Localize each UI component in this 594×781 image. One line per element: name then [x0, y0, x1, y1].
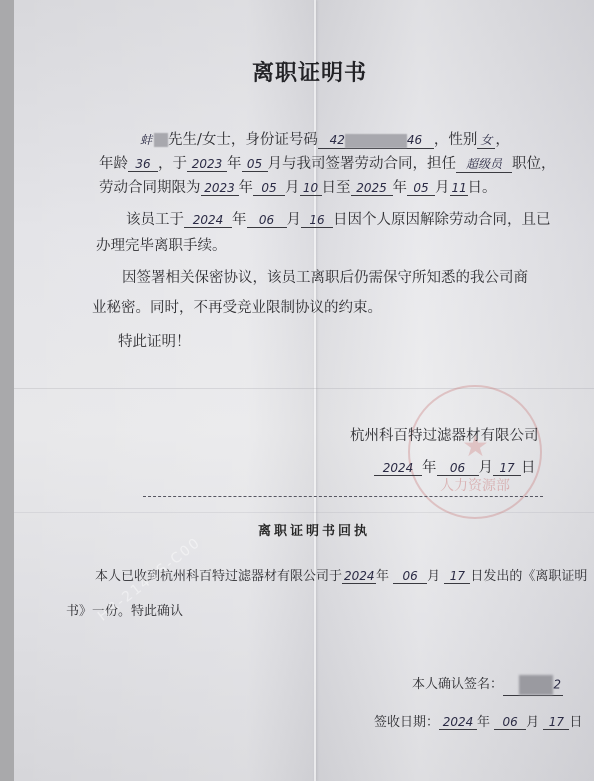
departure-month: 06: [247, 213, 287, 228]
issuing-company: 杭州科百特过滤器材有限公司: [350, 424, 539, 445]
age-value: 36: [128, 157, 158, 172]
join-year: 2023: [187, 157, 227, 172]
departure-day: 16: [301, 213, 333, 228]
issue-date: 2024年06月17日: [374, 456, 536, 477]
departure-line: 该员工于2024年06月16日因个人原因解除劳动合同，且已: [126, 208, 551, 229]
honorific-label: 先生/女士，身份证号码: [168, 132, 318, 148]
receipt-day: 17: [444, 569, 470, 584]
document-paper: [14, 0, 594, 781]
confidentiality-line-2: 业秘密。同时，不再受竞业限制协议的约束。: [92, 296, 382, 317]
signed-day: 17: [543, 715, 569, 730]
employee-line-1: 蚌先生/女士，身份证号码4246，性别女，: [138, 128, 510, 149]
signature-row: 本人确认签名：2: [412, 673, 563, 696]
signed-month: 06: [494, 715, 526, 730]
seal-department: 人力资源部: [440, 475, 510, 495]
departure-year: 2024: [184, 213, 232, 228]
issue-month: 06: [437, 461, 479, 476]
document-title: 离职证明书: [252, 56, 367, 87]
employee-line-2: 年龄36，于2023年05月与我司签署劳动合同，担任超级员职位，: [99, 152, 556, 173]
signature-label: 本人确认签名：: [412, 677, 503, 692]
contract-term-line: 劳动合同期限为2023年05月10日至2025年05月11日。: [99, 176, 497, 197]
redacted-name: [154, 133, 168, 147]
signed-year: 2024: [439, 715, 477, 730]
receipt-title: 离职证明书回执: [258, 520, 370, 539]
gender-label: ，性别: [434, 132, 478, 148]
receipt-month: 06: [393, 569, 427, 584]
fold-crease-horizontal: [14, 388, 594, 389]
gender-value: 女: [477, 131, 495, 149]
signed-date-row: 签收日期：2024年 06月 17日: [374, 711, 582, 730]
tear-off-divider: [143, 496, 543, 497]
company-seal: ★ 人力资源部: [408, 385, 542, 519]
contract-start-year: 2023: [201, 181, 239, 196]
fold-crease-vertical: [314, 0, 316, 781]
contract-end-year: 2025: [351, 181, 393, 196]
confidentiality-line-1: 因签署相关保密协议，该员工离职后仍需保守所知悉的我公司商: [122, 266, 528, 287]
contract-end-day: 11: [450, 181, 468, 196]
contract-end-month: 05: [407, 181, 435, 196]
issue-day: 17: [493, 461, 521, 476]
signed-date-label: 签收日期：: [374, 715, 439, 730]
issue-year: 2024: [374, 461, 422, 476]
employee-name: 蚌: [138, 131, 154, 148]
position-value: 超级员: [456, 155, 512, 173]
id-number: 4246: [318, 133, 434, 149]
join-month: 05: [242, 157, 268, 172]
contract-start-day: 10: [300, 181, 322, 196]
contract-start-month: 05: [253, 181, 285, 196]
fold-crease-horizontal-2: [14, 512, 594, 513]
receipt-year: 2024: [342, 569, 376, 584]
closing-statement: 特此证明！: [118, 330, 191, 351]
signature-value: 2: [503, 675, 563, 696]
departure-line-2: 办理完毕离职手续。: [96, 234, 227, 255]
